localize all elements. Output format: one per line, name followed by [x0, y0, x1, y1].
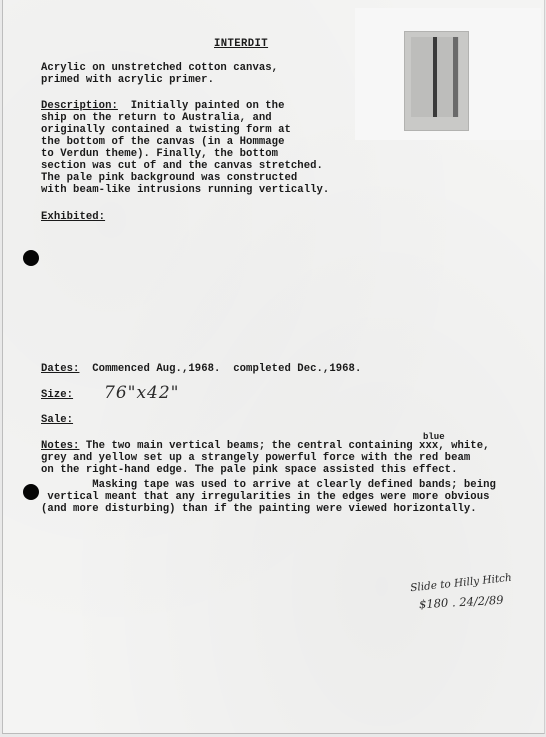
dates-field: Dates: Commenced Aug.,1968. completed De…: [41, 364, 361, 376]
exhibited-label: Exhibited:: [41, 211, 105, 223]
size-value-handwritten: 76"x42": [104, 383, 180, 403]
description-line-3: originally contained a twisting form at: [41, 125, 291, 137]
notes-line-1: The two main vertical beams; the central…: [79, 440, 489, 452]
painting-photo: [404, 31, 469, 131]
sale-field: Sale:: [41, 415, 73, 427]
notes-line-5: vertical meant that any irregularities i…: [41, 492, 490, 504]
notes-label: Notes:: [41, 440, 79, 452]
medium-line-1: Acrylic on unstretched cotton canvas,: [41, 63, 278, 75]
size-label: Size:: [41, 389, 73, 401]
description-line-1: Initially painted on the: [118, 100, 285, 112]
description-line-2: ship on the return to Australia, and: [41, 113, 272, 125]
notes-line-3: on the right-hand edge. The pale pink sp…: [41, 465, 457, 477]
description-line-6: section was cut of and the canvas stretc…: [41, 161, 323, 173]
painting-right-beam: [453, 37, 458, 117]
notes-first-line: Notes: The two main vertical beams; the …: [41, 441, 490, 453]
size-field: Size:: [41, 390, 73, 402]
description-line-7: The pale pink background was constructed: [41, 173, 297, 185]
sale-label: Sale:: [41, 414, 73, 426]
exhibited-field: Exhibited:: [41, 212, 105, 224]
description-line-8: with beam-like intrusions running vertic…: [41, 185, 329, 197]
description-line-4: the bottom of the canvas (in a Hommage: [41, 137, 284, 149]
description-line-5: to Verdun theme). Finally, the bottom: [41, 149, 278, 161]
punch-hole-bottom: [23, 484, 39, 500]
description-label: Description:: [41, 100, 118, 112]
notes-line-2: grey and yellow set up a strangely power…: [41, 453, 470, 465]
punch-hole-top: [23, 250, 39, 266]
dates-value: Commenced Aug.,1968. completed Dec.,1968…: [79, 363, 361, 375]
medium-line-2: primed with acrylic primer.: [41, 75, 214, 87]
description-first-line: Description: Initially painted on the: [41, 101, 284, 113]
document-title: INTERDIT: [214, 38, 268, 50]
notes-line-4: Masking tape was used to arrive at clear…: [41, 480, 496, 492]
dates-label: Dates:: [41, 363, 79, 375]
notes-line-6: (and more disturbing) than if the painti…: [41, 504, 477, 516]
painting-central-beam: [433, 37, 437, 117]
